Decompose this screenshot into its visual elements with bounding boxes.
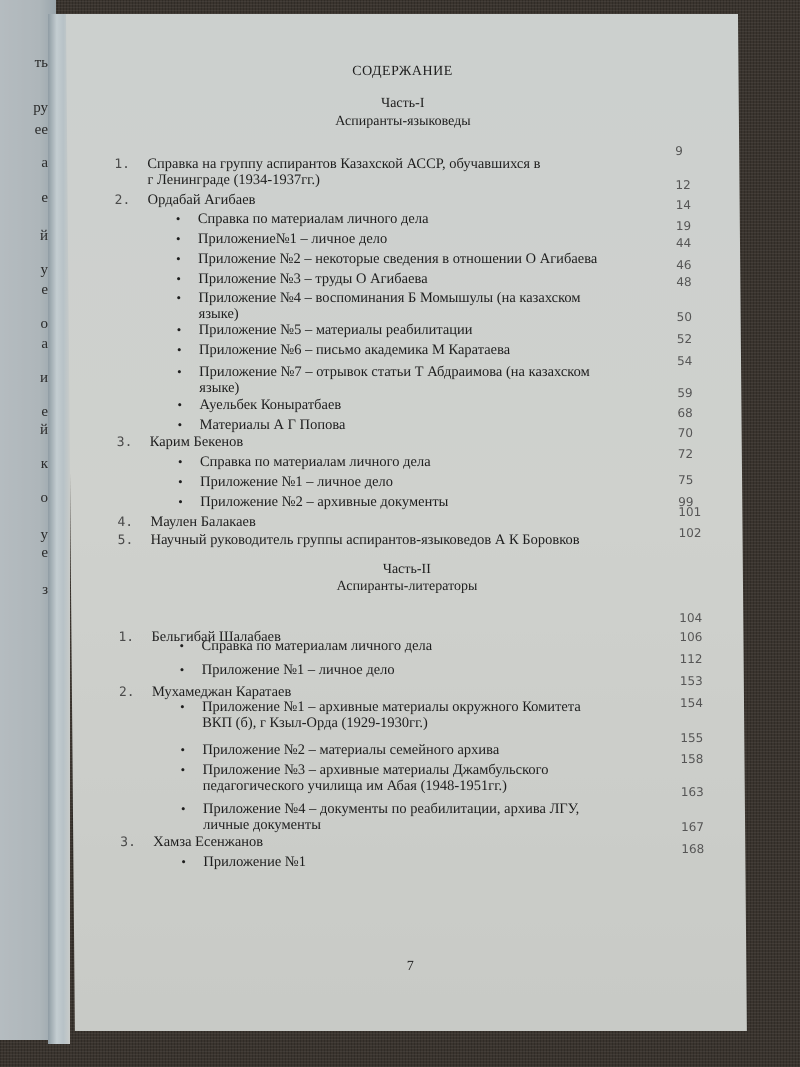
- subentry-title: Приложение №1 – личное дело: [202, 662, 395, 678]
- left-page-text-fragment: а: [41, 336, 48, 353]
- entry-title-continued: г Ленинграде (1934-1937гг.): [147, 172, 320, 188]
- subentry-title-continued: педагогического училища им Абая (1948-19…: [203, 778, 507, 794]
- left-page-text-fragment: е: [41, 190, 48, 207]
- left-page-text-fragment: ее: [35, 122, 48, 139]
- left-page-text-fragment: ру: [33, 100, 48, 117]
- entry-number: 2.: [115, 193, 131, 209]
- subentry-title: Приложение №5 – материалы реабилитации: [199, 322, 473, 338]
- subentry-title-continued: языке): [199, 380, 239, 396]
- part-subtitle: Аспиранты-языковеды: [67, 114, 739, 130]
- entry-title: Ордабай Агибаев: [148, 192, 256, 208]
- entry-page-number: 153: [680, 674, 703, 688]
- contents-page: СОДЕРЖАНИЕ 7 Часть-IАспиранты-языковеды1…: [66, 14, 747, 1031]
- subentry-page-number: 54: [677, 354, 692, 368]
- left-page-text-fragment: е: [41, 545, 48, 562]
- subentry-page-number: 48: [676, 275, 691, 289]
- subentry-title: Приложение №6 – письмо академика М Карат…: [199, 342, 510, 358]
- left-page-text-fragment: й: [40, 228, 48, 245]
- subentry-title-continued: языке): [199, 306, 239, 322]
- subentry-title: Приложение №2 – материалы семейного архи…: [202, 742, 499, 758]
- subentry-title-continued: ВКП (б), г Кзыл-Орда (1929-1930гг.): [202, 715, 428, 731]
- subentry-title-continued: личные документы: [203, 817, 321, 833]
- entry-page-number: 102: [678, 526, 701, 540]
- subentry-page-number: 154: [680, 696, 703, 710]
- entry-page-number: 12: [675, 178, 690, 192]
- entry-title: Мухамеджан Каратаев: [152, 684, 292, 700]
- part-subtitle: Аспиранты-литераторы: [71, 579, 743, 595]
- entry-title: Маулен Балакаев: [150, 514, 256, 530]
- subentry-page-number: 112: [680, 652, 703, 666]
- left-page-text-fragment: е: [41, 282, 48, 299]
- subentry-page-number: 68: [677, 406, 692, 420]
- left-page-text-fragment: а: [41, 155, 48, 172]
- left-page-text-fragment: у: [41, 527, 49, 544]
- subentry-page-number: 59: [677, 386, 692, 400]
- subentry-title: Приложение №4 – документы по реабилитаци…: [203, 801, 579, 817]
- part-label: Часть-I: [67, 96, 739, 112]
- entry-page-number: 70: [678, 426, 693, 440]
- subentry-page-number: 75: [678, 473, 693, 487]
- entry-number: 3.: [117, 435, 133, 451]
- entry-number: 5.: [118, 533, 134, 549]
- subentry-title: Справка по материалам личного дела: [198, 211, 429, 227]
- subentry-title: Приложение №3 – архивные материалы Джамб…: [203, 762, 549, 778]
- entry-title: Научный руководитель группы аспирантов-я…: [151, 532, 580, 548]
- subentry-page-number: 72: [678, 447, 693, 461]
- part-label: Часть-II: [71, 562, 743, 578]
- page-number: 7: [74, 959, 746, 975]
- subentry-page-number: 158: [680, 752, 703, 766]
- subentry-title: Приложение №7 – отрывок статьи Т Абдраим…: [199, 364, 590, 380]
- entry-number: 2.: [119, 685, 135, 701]
- entry-page-number: 167: [681, 820, 704, 834]
- subentry-title: Материалы А Г Попова: [200, 417, 346, 433]
- subentry-page-number: 52: [677, 332, 692, 346]
- subentry-page-number: 168: [681, 842, 704, 856]
- entry-number: 3.: [120, 835, 136, 851]
- subentry-title: Приложение №2 – некоторые сведения в отн…: [198, 251, 597, 267]
- entry-title: Хамза Есенжанов: [153, 834, 263, 850]
- subentry-title: Справка по материалам личного дела: [201, 638, 432, 654]
- left-page-text-fragment: о: [41, 490, 49, 507]
- subentry-page-number: 163: [681, 785, 704, 799]
- entry-page-number: 9: [675, 144, 683, 158]
- subentry-title: Приложение №4 – воспоминания Б Момышулы …: [198, 290, 580, 306]
- left-page-text-fragment: й: [40, 422, 48, 439]
- entry-number: 1.: [114, 157, 130, 173]
- entry-page-number: 104: [679, 611, 702, 625]
- subentry-title: Приложение №1 – архивные материалы окруж…: [202, 699, 581, 715]
- page-title: СОДЕРЖАНИЕ: [66, 64, 738, 80]
- entry-title: Карим Бекенов: [150, 434, 244, 450]
- subentry-page-number: 50: [677, 310, 692, 324]
- entry-number: 1.: [118, 630, 134, 646]
- left-page-text-fragment: о: [41, 316, 49, 333]
- subentry-page-number: 46: [676, 258, 691, 272]
- subentry-page-number: 19: [676, 219, 691, 233]
- entry-page-number: 101: [678, 505, 701, 519]
- subentry-page-number: 44: [676, 236, 691, 250]
- subentry-title: Приложение №2 – архивные документы: [200, 494, 448, 510]
- subentry-page-number: 106: [679, 630, 702, 644]
- left-page-text-fragment: ть: [35, 55, 48, 72]
- entry-title: Справка на группу аспирантов Казахской А…: [147, 156, 540, 172]
- subentry-page-number: 155: [680, 731, 703, 745]
- entry-number: 4.: [117, 515, 133, 531]
- left-page-text-fragment: и: [40, 370, 48, 387]
- subentry-title: Приложение №3 – труды О Агибаева: [198, 271, 427, 287]
- subentry-page-number: 14: [676, 198, 691, 212]
- subentry-title: Приложение№1 – личное дело: [198, 231, 387, 247]
- subentry-title: Приложение №1: [203, 854, 306, 870]
- left-page-text-fragment: у: [41, 262, 49, 279]
- subentry-title: Справка по материалам личного дела: [200, 454, 431, 470]
- left-page-text-fragment: е: [41, 404, 48, 421]
- subentry-title: Приложение №1 – личное дело: [200, 474, 393, 490]
- subentry-title: Ауельбек Коныратбаев: [199, 397, 341, 413]
- left-page-text-fragment: к: [41, 456, 48, 473]
